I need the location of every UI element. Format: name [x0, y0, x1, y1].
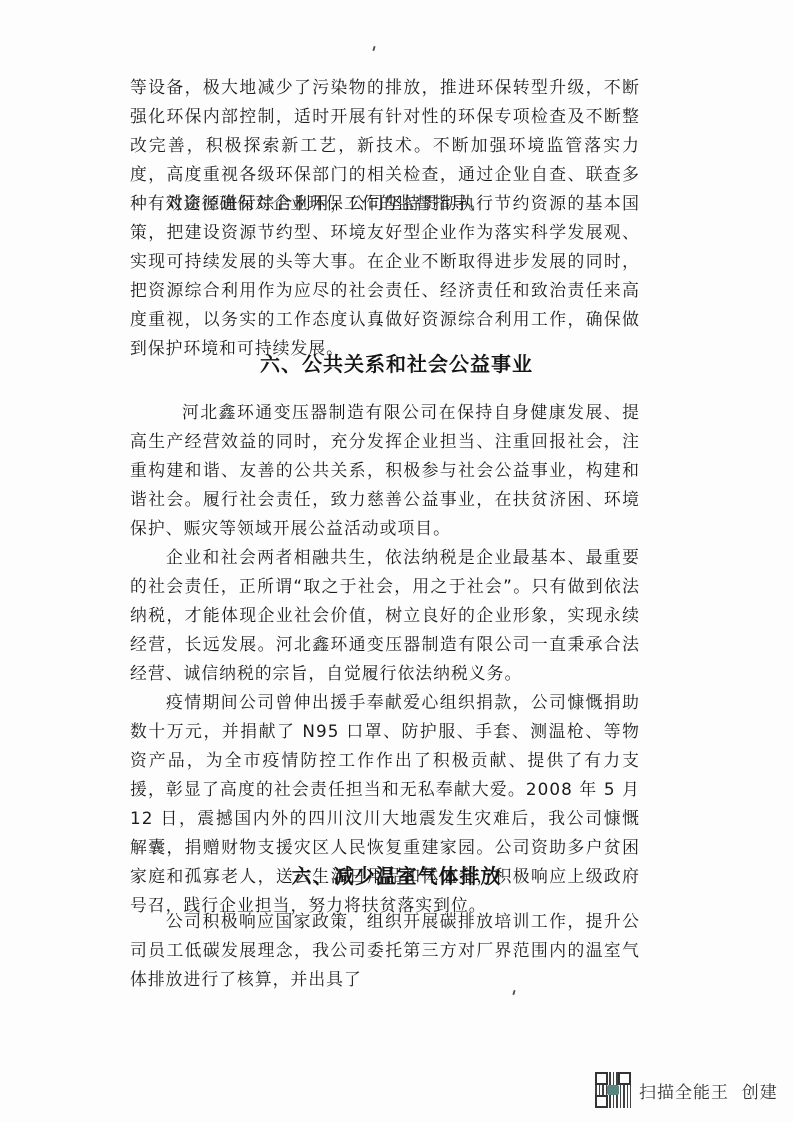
- section-heading-public-relations: 六、公共关系和社会公益事业: [0, 348, 793, 377]
- watermark-text: 扫描全能王 创建: [639, 1078, 778, 1103]
- scanner-watermark: 扫描全能王 创建: [595, 1072, 778, 1108]
- qr-logo: [607, 1085, 619, 1095]
- section-greenhouse-gas-body: 公司积极响应国家政策，组织开展碳排放培训工作，提升公司员工低碳发展理念，我公司委…: [130, 907, 640, 994]
- resource-paragraph-block: 对资源进行综合利用，公司坚持贯彻执行节约资源的基本国策，把建设资源节约型、环境友…: [130, 189, 640, 363]
- greenhouse-gas-paragraph-1: 公司积极响应国家政策，组织开展碳排放培训工作，提升公司员工低碳发展理念，我公司委…: [130, 907, 640, 994]
- scanned-document-page: 等设备，极大地减少了污染物的排放，推进环保转型升级，不断强化环保内部控制，适时开…: [0, 0, 793, 1123]
- public-relations-paragraph-2: 企业和社会两者相融共生，依法纳税是企业最基本、最重要的社会责任，正所谓“取之于社…: [130, 543, 640, 688]
- resource-paragraph: 对资源进行综合利用，公司坚持贯彻执行节约资源的基本国策，把建设资源节约型、环境友…: [130, 189, 640, 363]
- qr-corner: [595, 1095, 608, 1108]
- section-heading-greenhouse-gas: 六、减少温室气体排放: [0, 860, 793, 889]
- public-relations-paragraph-1: 河北鑫环通变压器制造有限公司在保持自身健康发展、提高生产经营效益的同时，充分发挥…: [130, 398, 640, 543]
- qr-code-icon: [595, 1072, 631, 1108]
- section-public-relations-body: 河北鑫环通变压器制造有限公司在保持自身健康发展、提高生产经营效益的同时，充分发挥…: [130, 398, 640, 920]
- scan-speck: [372, 46, 375, 51]
